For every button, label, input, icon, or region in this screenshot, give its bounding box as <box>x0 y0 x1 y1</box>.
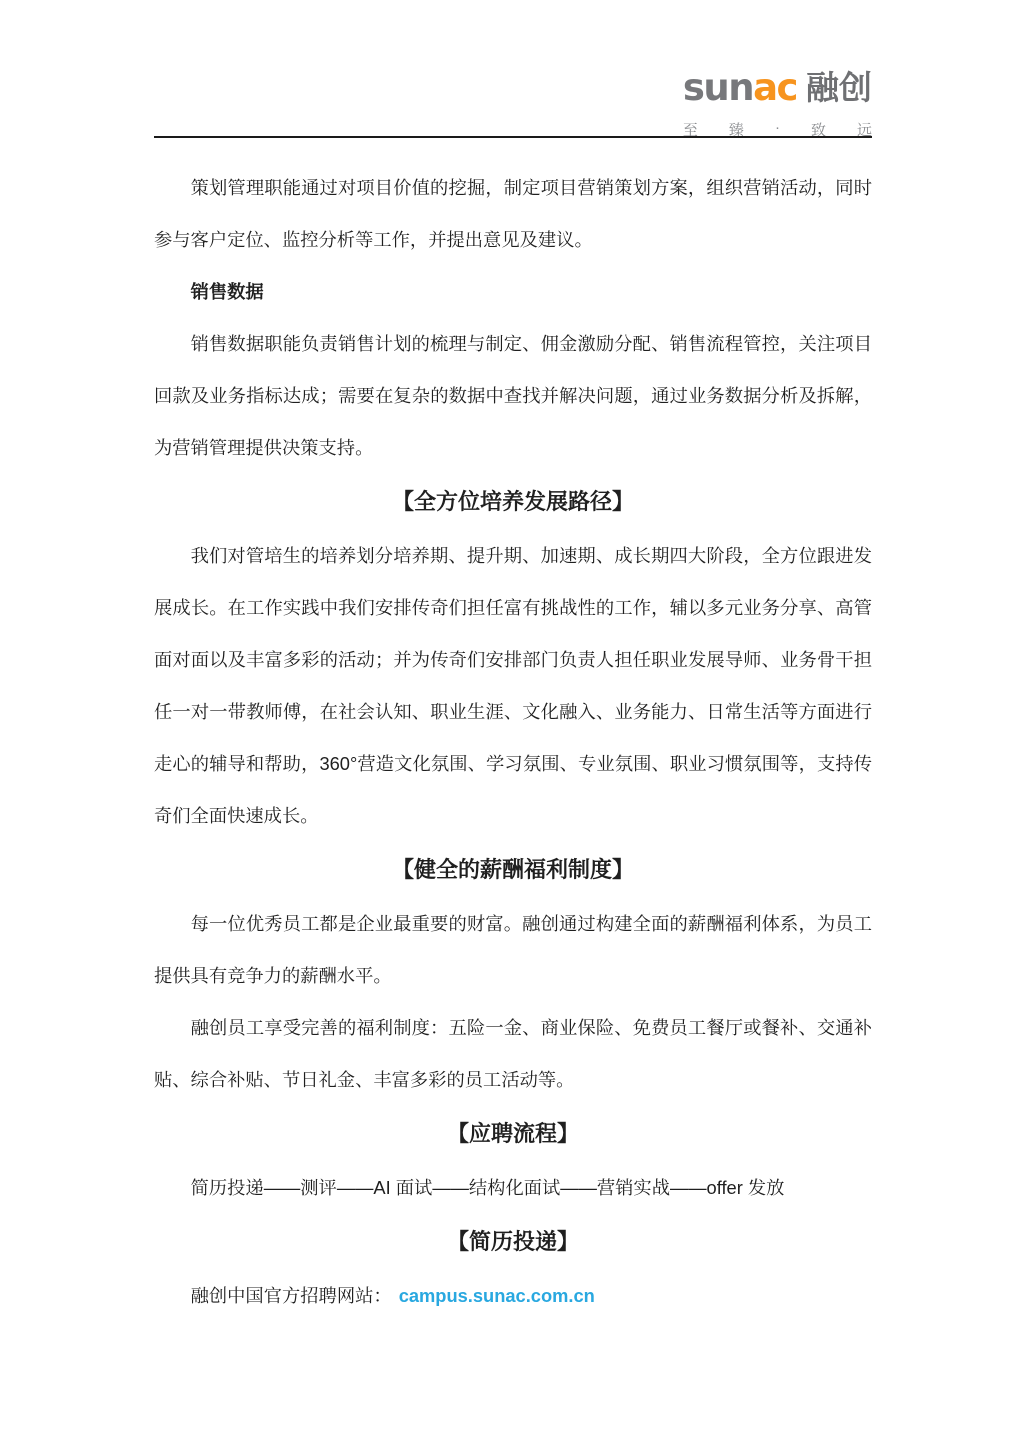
section-heading-training-path: 【全方位培养发展路径】 <box>154 474 872 530</box>
paragraph-line: 为营销管理提供决策支持。 <box>154 422 872 474</box>
paragraph-line: 任一对一带教师傅，在社会认知、职业生涯、文化融入、业务能力、日常生活等方面进行 <box>154 686 872 738</box>
section-heading-resume-submit: 【简历投递】 <box>154 1214 872 1270</box>
subheading-sales-data: 销售数据 <box>154 266 872 318</box>
header-rule <box>154 136 872 138</box>
paragraph-line: 展成长。在工作实践中我们安排传奇们担任富有挑战性的工作，辅以多元业务分享、高管 <box>154 582 872 634</box>
paragraph-line: 提供具有竞争力的薪酬水平。 <box>154 950 872 1002</box>
document-body: 策划管理职能通过对项目价值的挖掘，制定项目营销策划方案，组织营销活动，同时 参与… <box>154 162 872 1322</box>
logo-text-sun: sun <box>683 66 753 109</box>
process-flow-line: 简历投递——测评——AI 面试——结构化面试——营销实战——offer 发放 <box>154 1162 872 1214</box>
paragraph-line: 贴、综合补贴、节日礼金、丰富多彩的员工活动等。 <box>154 1054 872 1106</box>
apply-label: 融创中国官方招聘网站： <box>191 1285 392 1306</box>
paragraph-line: 销售数据职能负责销售计划的梳理与制定、佣金激励分配、销售流程管控，关注项目 <box>154 318 872 370</box>
section-heading-apply-process: 【应聘流程】 <box>154 1106 872 1162</box>
paragraph-line: 奇们全面快速成长。 <box>154 790 872 842</box>
paragraph-line: 走心的辅导和帮助，360°营造文化氛围、学习氛围、专业氛围、职业习惯氛围等，支持… <box>154 738 872 790</box>
document-page: sunac融创 至 臻 · 致 远 策划管理职能通过对项目价值的挖掘，制定项目营… <box>0 0 1024 1447</box>
paragraph-line: 参与客户定位、监控分析等工作，并提出意见及建议。 <box>154 214 872 266</box>
paragraph-line: 面对面以及丰富多彩的活动；并为传奇们安排部门负责人担任职业发展导师、业务骨干担 <box>154 634 872 686</box>
paragraph-line: 我们对管培生的培养划分培养期、提升期、加速期、成长期四大阶段，全方位跟进发 <box>154 530 872 582</box>
sunac-logo: sunac融创 至 臻 · 致 远 <box>683 68 872 140</box>
recruitment-site-link[interactable]: campus.sunac.com.cn <box>399 1285 595 1306</box>
paragraph-line: 每一位优秀员工都是企业最重要的财富。融创通过构建全面的薪酬福利体系，为员工 <box>154 898 872 950</box>
logo-wordmark: sunac融创 <box>683 68 872 116</box>
paragraph-line: 融创员工享受完善的福利制度：五险一金、商业保险、免费员工餐厅或餐补、交通补 <box>154 1002 872 1054</box>
paragraph-line: 策划管理职能通过对项目价值的挖掘，制定项目营销策划方案，组织营销活动，同时 <box>154 162 872 214</box>
logo-text-rongchuang: 融创 <box>806 69 872 106</box>
paragraph-line: 回款及业务指标达成；需要在复杂的数据中查找并解决问题，通过业务数据分析及拆解， <box>154 370 872 422</box>
section-heading-compensation: 【健全的薪酬福利制度】 <box>154 842 872 898</box>
logo-text-ac: ac <box>753 66 797 109</box>
apply-line: 融创中国官方招聘网站：campus.sunac.com.cn <box>154 1270 872 1322</box>
